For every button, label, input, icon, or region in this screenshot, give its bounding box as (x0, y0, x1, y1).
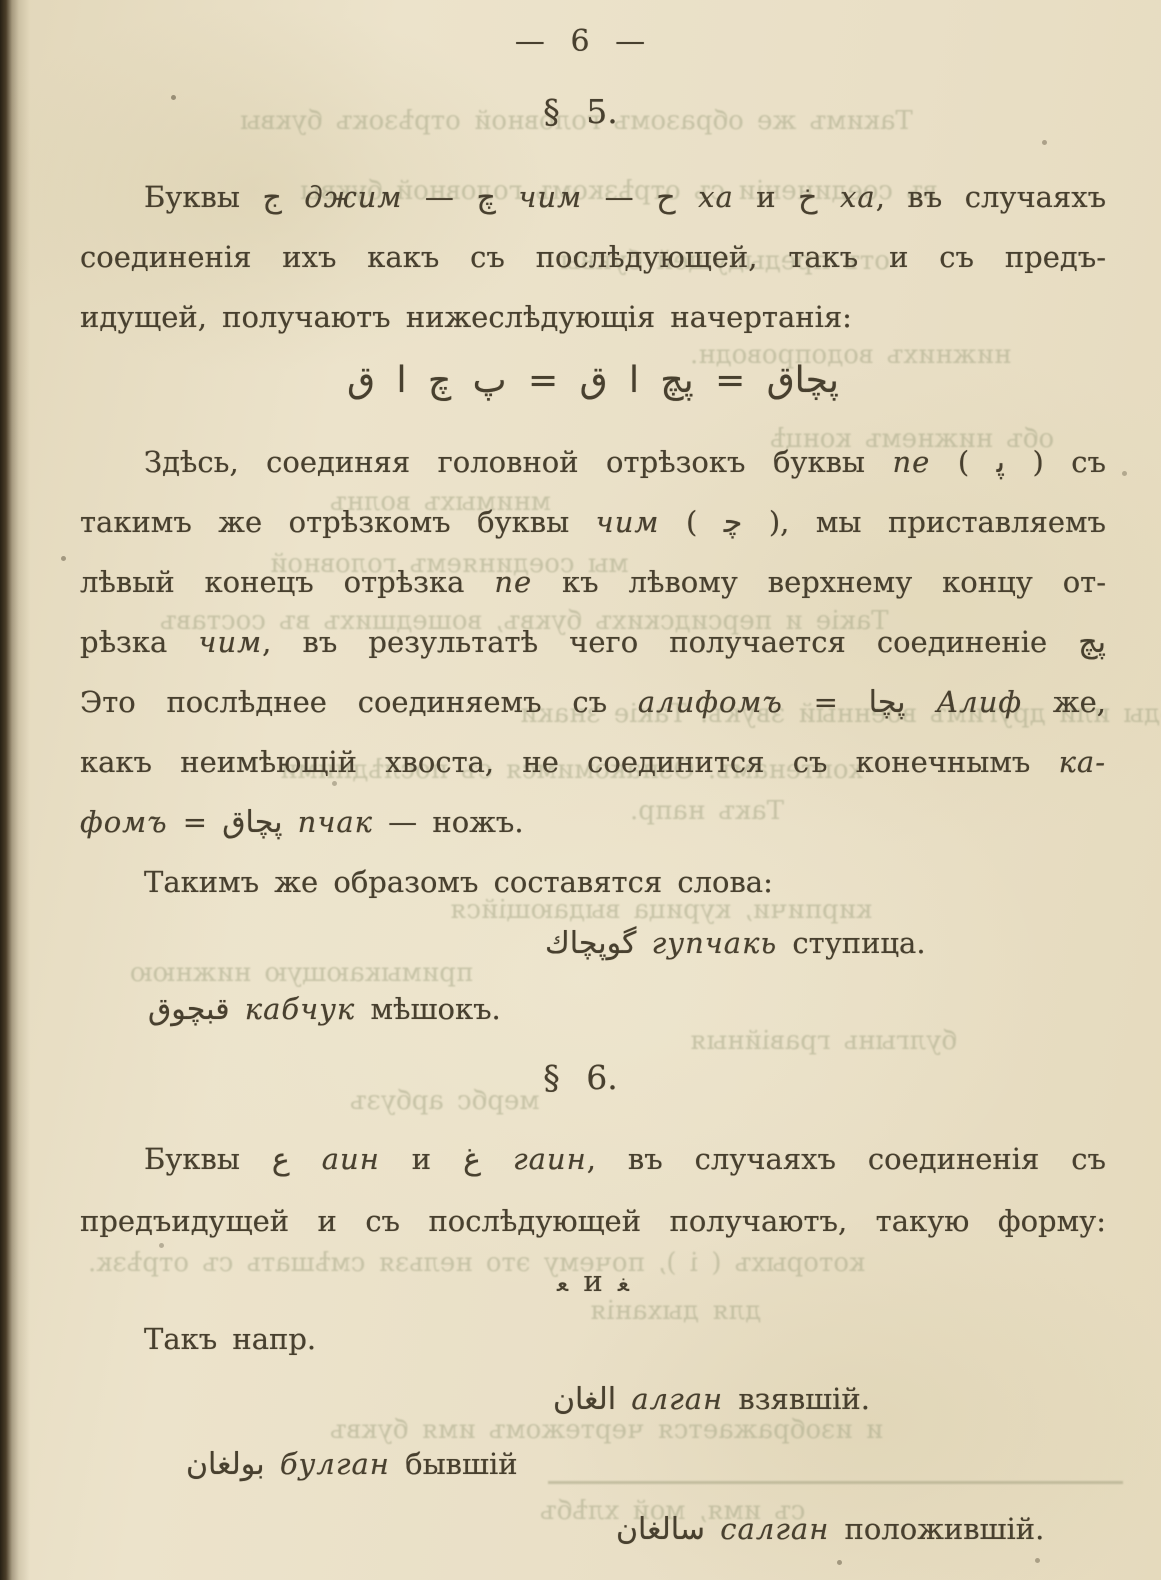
section-6-paragraph-1-line-1: Буквы ع аин и غ гаин, въ случаяхъ соедин… (80, 1140, 1106, 1181)
section-5-paragraph-2-line-6: какъ неимѣющій хвоста, не соединится съ … (80, 743, 1106, 782)
page-edge-shadow (0, 0, 30, 1580)
section-6-heading: § 6. (0, 1058, 1161, 1097)
page-number: — 6 — (0, 24, 1161, 59)
section-5-paragraph-2-line-3: лѣвый конецъ отрѣзка пе къ лѣвому верхне… (80, 563, 1106, 602)
book-page: Такимъ же образомъ головной отрѣзокъ бук… (0, 0, 1161, 1580)
bleedthrough-line: примыкающую нижнюю (130, 958, 473, 989)
example-word-algan: الغان алган взявшій. (553, 1380, 870, 1421)
vocabulary-word-kabchuk: قبچوق кабчук мѣшокъ. (148, 990, 501, 1031)
example-word-bulgan: بولغان булган бывшій (186, 1445, 518, 1486)
section-5-paragraph-2-line-5: Это послѣднее соединяемъ съ алифомъ = پچ… (80, 683, 1106, 724)
arabic-medial-forms: ‍ع‍ и ‍غ‍ (80, 1262, 1106, 1301)
section-6-paragraph-1-line-2: предъидущей и съ послѣдующей получаютъ, … (80, 1202, 1106, 1241)
bleedthrough-rule (548, 1481, 1123, 1484)
example-word-salgan: سالغان салган положившій. (616, 1510, 1044, 1551)
section-5-paragraph-2-line-2: такимъ же отрѣзкомъ буквы чим ( چ‍ ), мы… (80, 503, 1106, 544)
section-5-paragraph-1-line-1: Буквы ج джим — چ чим — ح ха и خ ха, въ с… (80, 178, 1106, 219)
section-5-paragraph-2-line-1: Здѣсь, соединяя головной отрѣзокъ буквы … (80, 443, 1106, 484)
section-5-paragraph-2-line-7: фомъ = پچاق пчак — ножъ. (80, 803, 1106, 844)
section-5-paragraph-1-line-2: соединенія ихъ какъ съ послѣдующей, такъ… (80, 238, 1106, 277)
section-6-paragraph-2: Такъ напр. (80, 1320, 1106, 1359)
vocabulary-word-gupchak: گوپچاك гупчакь ступица. (545, 924, 926, 965)
section-5-paragraph-3: Такимъ же образомъ составятся слова: (80, 863, 1106, 902)
section-5-heading: § 5. (0, 92, 1161, 131)
arabic-equation: پچاق = پچ ا ق = پ چ ا ق (80, 358, 1106, 405)
bleedthrough-line: булгынь гравійныя (690, 1026, 957, 1057)
section-5-paragraph-1-line-3: идущей, получаютъ нижеслѣдующія начертан… (80, 298, 1106, 337)
section-5-paragraph-2-line-4: рѣзка чим, въ результатѣ чего получается… (80, 623, 1106, 664)
